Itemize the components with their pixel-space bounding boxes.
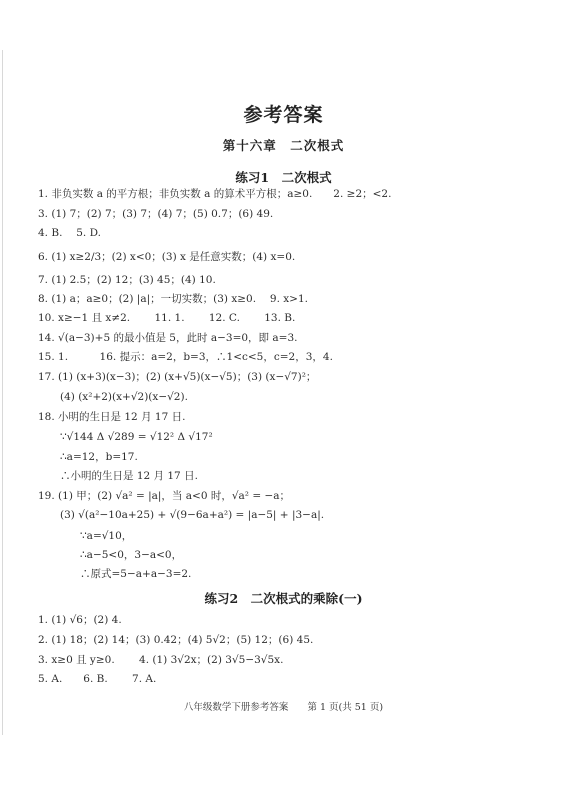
answer-line: 8. (1) a；a≥0；(2) |a|；一切实数；(3) x≥0. 9. x>… <box>38 292 308 306</box>
page-title: 参考答案 <box>0 100 567 127</box>
section-heading-1: 练习1 二次根式 <box>0 168 567 186</box>
answer-line: 4. B. 5. D. <box>38 226 101 240</box>
section-heading-2: 练习2 二次根式的乘除(一) <box>0 589 567 607</box>
answer-line: 5. A. 6. B. 7. A. <box>38 672 156 686</box>
answer-line: 7. (1) 2.5；(2) 12；(3) 45；(4) 10. <box>38 273 216 287</box>
answer-line: (4) (x²+2)(x+√2)(x−√2). <box>60 390 188 404</box>
answer-line: ∴小明的生日是 12 月 17 日. <box>60 469 198 483</box>
answer-line: ∵√144 Δ √289 = √12² Δ √17² <box>60 430 213 444</box>
answer-line: 2. (1) 18；(2) 14；(3) 0.42；(4) 5√2；(5) 12… <box>38 633 313 647</box>
answer-line: 6. (1) x≥2/3；(2) x<0；(3) x 是任意实数；(4) x=0… <box>38 250 295 264</box>
chapter-heading: 第十六章 二次根式 <box>0 136 567 154</box>
answer-line: 18. 小明的生日是 12 月 17 日. <box>38 410 185 424</box>
answer-line: 3. x≥0 且 y≥0. 4. (1) 3√2x；(2) 3√5−3√5x. <box>38 653 283 667</box>
page-footer: 八年级数学下册参考答案 第 1 页(共 51 页) <box>0 699 567 713</box>
answer-line: ∴原式=5−a+a−3=2. <box>80 567 191 581</box>
answer-line: ∴a−5<0，3−a<0， <box>80 548 182 562</box>
answer-line: 19. (1) 甲；(2) √a² = |a|，当 a<0 时，√a² = −a… <box>38 489 290 503</box>
answer-line: 1. (1) √6；(2) 4. <box>38 613 122 627</box>
answer-line: 15. 1. 16. 提示：a=2，b=3，∴1<c<5，c=2，3，4. <box>38 350 333 364</box>
answer-line: 17. (1) (x+3)(x−3)；(2) (x+√5)(x−√5)；(3) … <box>38 370 316 384</box>
answer-line: ∴a=12，b=17. <box>60 450 138 464</box>
answer-line: 10. x≥−1 且 x≠2. 11. 1. 12. C. 13. B. <box>38 311 295 325</box>
answer-line: 3. (1) 7；(2) 7；(3) 7；(4) 7；(5) 0.7；(6) 4… <box>38 207 273 221</box>
answer-line: (3) √(a²−10a+25) + √(9−6a+a²) = |a−5| + … <box>60 508 324 522</box>
answer-line: 1. 非负实数 a 的平方根；非负实数 a 的算术平方根；a≥0. 2. ≥2；… <box>38 187 391 201</box>
footer-page-number: 第 1 页(共 51 页) <box>307 702 383 713</box>
answer-line: ∵a=√10， <box>80 529 132 543</box>
answer-line: 14. √(a−3)+5 的最小值是 5，此时 a−3=0，即 a=3. <box>38 331 297 345</box>
footer-book-title: 八年级数学下册参考答案 <box>184 702 289 713</box>
